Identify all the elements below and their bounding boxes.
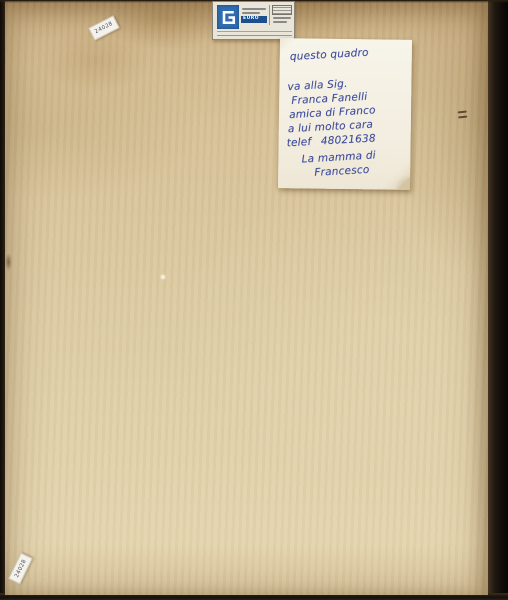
framer-label-microtext [273,17,291,19]
framer-label-microtext [242,12,260,14]
framer-label-main-row: EURO [217,5,292,29]
framer-label-microtext [242,8,266,10]
framer-label-number-box [272,5,292,15]
framer-label-address-row [217,31,292,36]
handwritten-note-text: questo quadro va alla Sig. Franca Fanell… [281,44,408,181]
framer-label-side-column [269,5,292,25]
pencil-mark [458,111,468,120]
framer-logo-icon [217,5,239,29]
cardboard-backing [5,1,488,595]
framer-label-microtext [273,21,287,23]
framer-label: EURO [212,1,295,40]
edge-smudge [5,253,12,271]
note-corner-fold [397,177,410,190]
framer-label-microtext [217,35,292,37]
paint-speck [161,275,165,279]
handwritten-note-paper: questo quadro va alla Sig. Franca Fanell… [278,38,412,190]
framer-label-bar: EURO [241,16,267,23]
framer-label-text-block: EURO [239,5,269,24]
frame-edge-right [487,0,508,600]
note-line: questo quadro [289,44,402,64]
cardboard-grain-texture [5,1,488,595]
